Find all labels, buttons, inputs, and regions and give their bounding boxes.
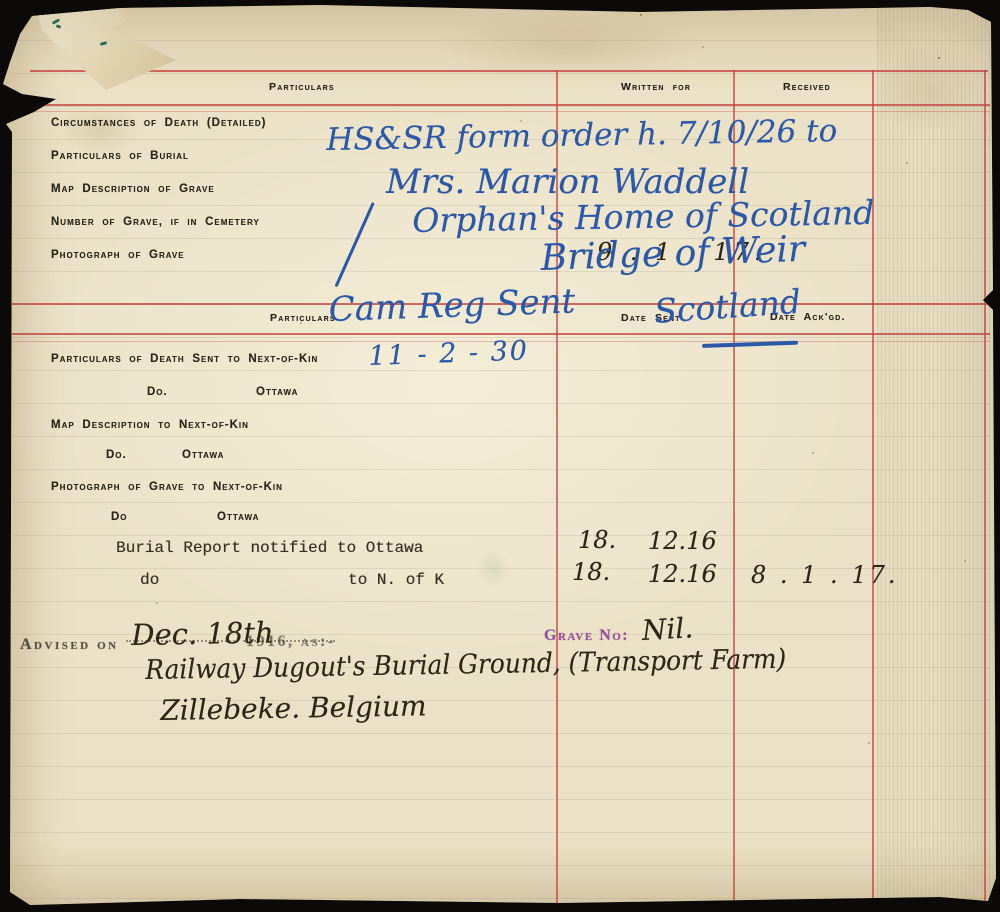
scanned-register-card: Particulars Written for Received Circums… (0, 0, 1000, 912)
edge-shading (0, 0, 1000, 912)
paper-sheet: Particulars Written for Received Circums… (0, 0, 1000, 912)
paper-speckles (0, 0, 2, 2)
